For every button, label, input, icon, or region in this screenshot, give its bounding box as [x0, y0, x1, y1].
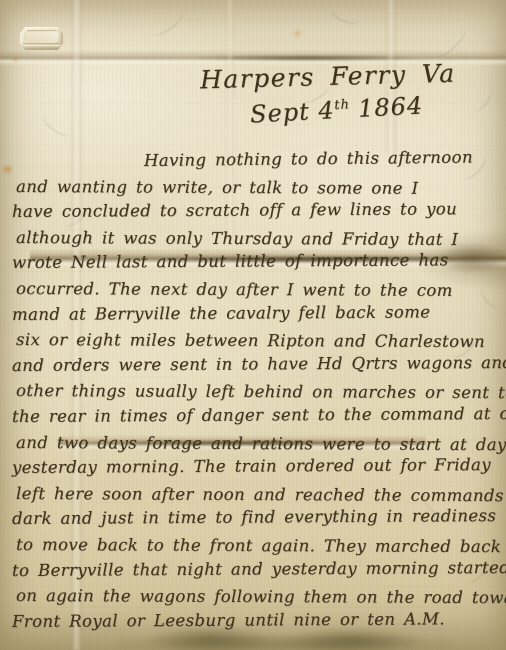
- letter-line: and wanting to write, or talk to some on…: [16, 174, 506, 202]
- fold-crease-horizontal-top: [0, 50, 506, 66]
- date-ordinal: th: [334, 97, 350, 113]
- letter-line: occurred. The next day after I went to t…: [16, 276, 506, 304]
- foxing-spot: [293, 29, 302, 38]
- date-year: 1864: [357, 91, 423, 122]
- letter-line: mand at Berryville the cavalry fell back…: [12, 299, 506, 328]
- ink-bleed-through-mark: [39, 110, 75, 141]
- ink-bleed-through-mark: [430, 24, 469, 61]
- letter-line: left here soon after noon and reached th…: [16, 481, 506, 509]
- letter-line: wrote Nell last and but little of import…: [12, 247, 506, 276]
- fold-crease-dark-core: [95, 440, 380, 446]
- bottom-stain-band: [115, 634, 455, 650]
- letter-line: Having nothing to do this afternoon: [144, 144, 506, 173]
- letter-line: and two days forage and rations were to …: [16, 430, 506, 458]
- ink-bleed-through-mark: [59, 203, 90, 231]
- embossed-stamp-ridge: [23, 43, 60, 46]
- ink-bleed-through-mark: [468, 84, 496, 115]
- letterhead-place: Harpers Ferry Va: [200, 59, 456, 95]
- letter-line: to move back to the front again. They ma…: [16, 532, 506, 560]
- letter-page: Harpers Ferry Va Sept 4th1864 Having not…: [0, 0, 506, 650]
- letter-line: to Berryville that night and yesterday m…: [12, 554, 506, 583]
- fold-crease-vertical-middle: [226, 0, 234, 235]
- letter-line: although it was only Thursday and Friday…: [16, 225, 506, 253]
- letter-line: have concluded to scratch off a few line…: [12, 196, 506, 225]
- foxing-spot: [12, 55, 19, 62]
- letter-line: Front Royal or Leesburg until nine or te…: [12, 606, 506, 635]
- foxing-spot: [2, 164, 13, 175]
- letter-line: on again the wagons following them on th…: [16, 583, 506, 611]
- letter-line: and orders were sent in to have Hd Qrtrs…: [12, 350, 506, 379]
- ink-bleed-through-mark: [461, 557, 491, 587]
- fold-crease-horizontal-lower: [58, 435, 426, 451]
- date-day: Sept 4: [249, 96, 335, 128]
- ink-bleed-through-mark: [328, 3, 361, 28]
- embossed-stamp: [20, 27, 63, 50]
- bottom-stain-left: [150, 626, 270, 650]
- ink-bleed-through-mark: [299, 79, 332, 106]
- ink-bleed-through-mark: [420, 490, 455, 523]
- letter-line: other things usually left behind on marc…: [16, 378, 506, 406]
- fold-crease-vertical-left: [71, 0, 82, 650]
- embossed-stamp-inner-panel: [24, 30, 59, 43]
- ink-bleed-through-mark: [458, 150, 490, 183]
- ink-bleed-through-mark: [447, 332, 479, 362]
- letter-line: six or eight miles between Ripton and Ch…: [16, 327, 506, 355]
- fold-crease-shadow-right: [438, 243, 506, 273]
- fold-crease-dark-core: [140, 256, 480, 263]
- ink-bleed-through-mark: [477, 283, 504, 312]
- letter-line: yesterday morning. The train ordered out…: [12, 452, 506, 481]
- letterhead-date: Sept 4th1864: [249, 91, 423, 128]
- letter-line: dark and just in time to find everything…: [12, 503, 506, 532]
- fold-crease-horizontal-middle: [30, 249, 506, 268]
- fold-crease-vertical-right: [386, 0, 396, 155]
- ink-bleed-through-mark: [150, 6, 187, 39]
- fold-crease-dark-core: [190, 55, 425, 61]
- letter-body: Having nothing to do this afternoon and …: [12, 148, 506, 634]
- letter-line: the rear in times of danger sent to the …: [12, 401, 506, 430]
- bottom-stain-right: [288, 628, 418, 650]
